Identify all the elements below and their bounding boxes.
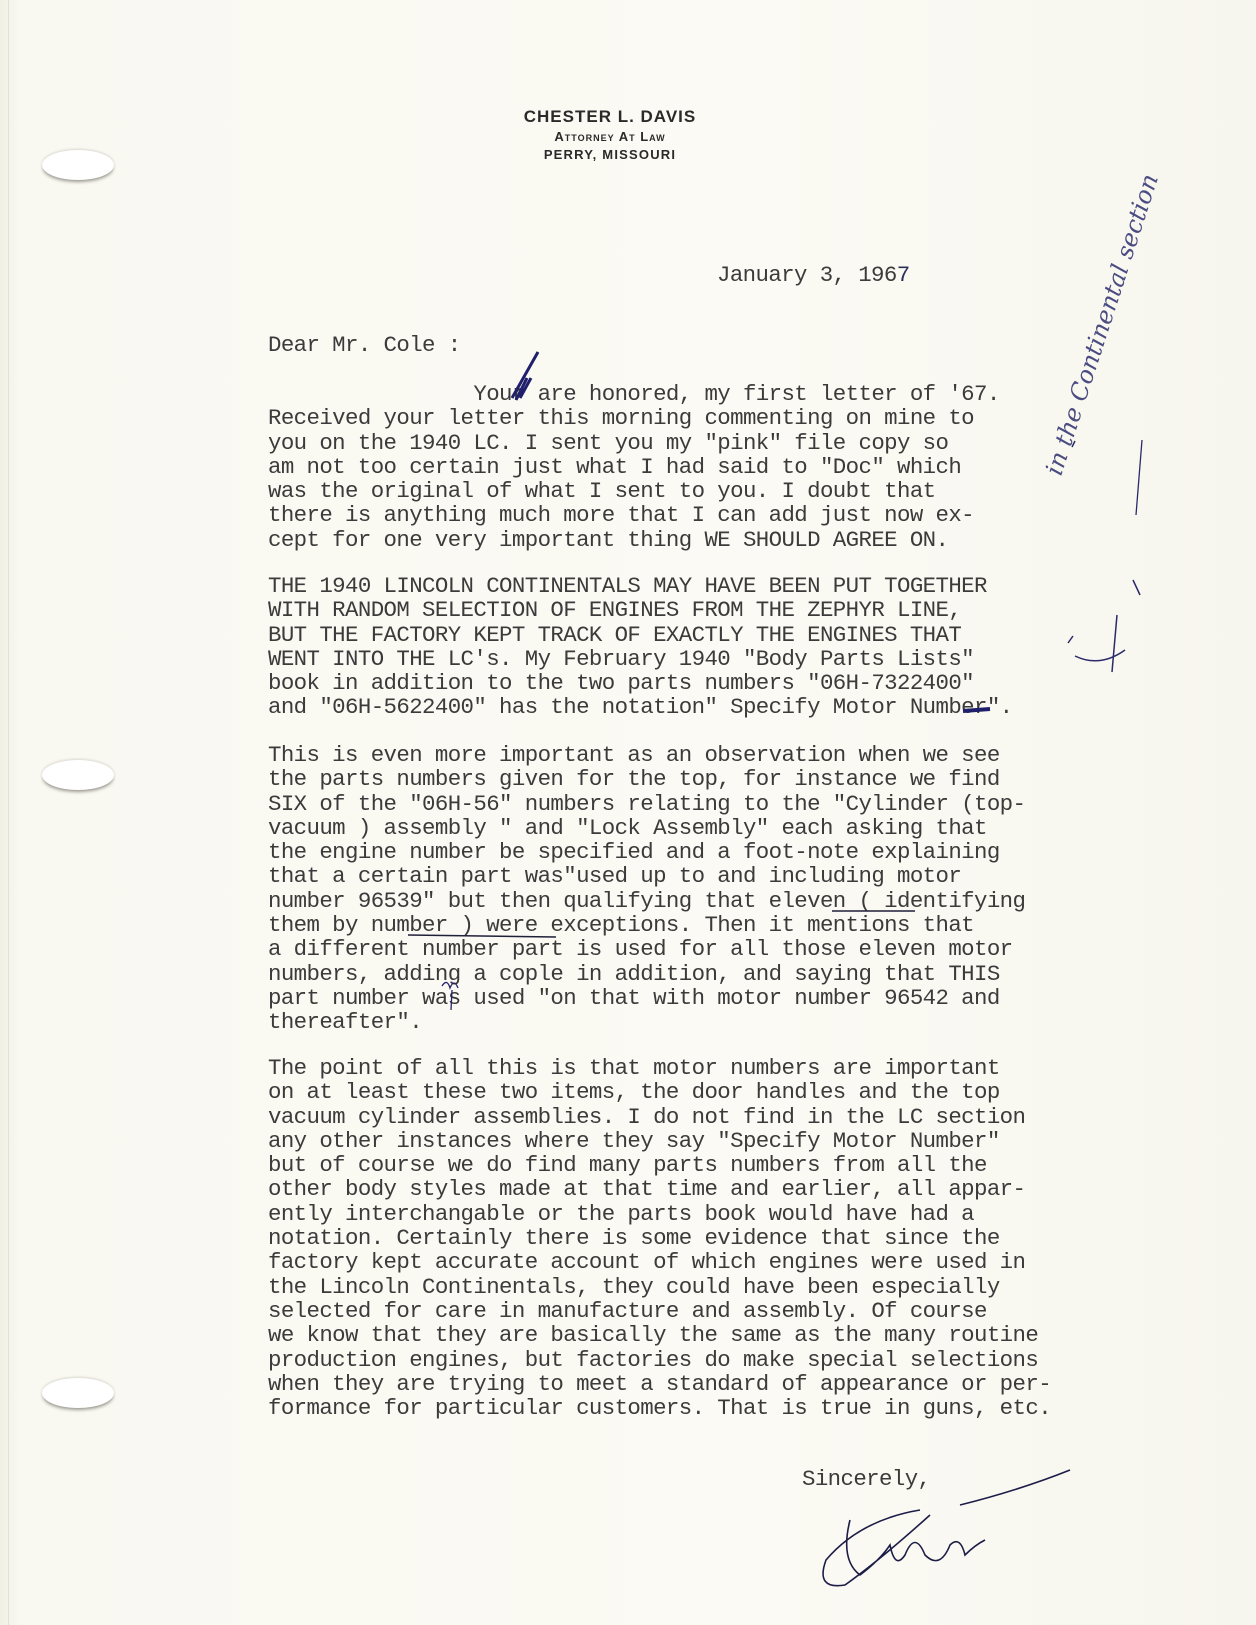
text-line: formance for particular customers. That … [268,1396,1051,1420]
date-text: January 3, 196 [717,262,897,288]
text-line: a different number part is used for all … [268,937,1025,961]
text-line: you on the 1940 LC. I sent you my "pink"… [268,431,1000,455]
letter-page: CHESTER L. DAVIS Attorney At Law PERRY, … [0,0,1256,1625]
text-line: BUT THE FACTORY KEPT TRACK OF EXACTLY TH… [268,623,1013,647]
text-line: the engine number be specified and a foo… [268,840,1025,864]
margin-bracket [1075,580,1140,672]
text-line: thereafter". [268,1010,1025,1034]
text-line: SIX of the "06H-56" numbers relating to … [268,792,1025,816]
text-line: factory kept accurate account of which e… [268,1250,1051,1274]
text-line: The point of all this is that motor numb… [268,1056,1051,1080]
margin-vertical [1136,440,1142,515]
text-line: and "06H-5622400" has the notation" Spec… [268,695,1013,719]
margin-note: in the Continental section [1040,171,1164,479]
text-line: when they are trying to meet a standard … [268,1372,1051,1396]
text-line: cept for one very important thing WE SHO… [268,528,1000,552]
text-line: part number was used "on that with motor… [268,986,1025,1010]
text-line: am not too certain just what I had said … [268,455,1000,479]
text-line: production engines, but factories do mak… [268,1348,1051,1372]
text-line: notation. Certainly there is some eviden… [268,1226,1051,1250]
text-line: ently interchangable or the parts book w… [268,1202,1051,1226]
text-line: selected for care in manufacture and ass… [268,1299,1051,1323]
text-line: THE 1940 LINCOLN CONTINENTALS MAY HAVE B… [268,574,1013,598]
punch-hole-middle [42,760,114,790]
letterhead: CHESTER L. DAVIS Attorney At Law PERRY, … [480,106,740,164]
text-line: the Lincoln Continentals, they could hav… [268,1275,1051,1299]
text-line: any other instances where they say "Spec… [268,1129,1051,1153]
text-line: them by number ) were exceptions. Then i… [268,913,1025,937]
paragraph-4: The point of all this is that motor numb… [268,1056,1051,1420]
text-line: we know that they are basically the same… [268,1323,1051,1347]
text-line: number 96539" but then qualifying that e… [268,889,1025,913]
text-line: that a certain part was"used up to and i… [268,864,1025,888]
text-line: other body styles made at that time and … [268,1177,1051,1201]
text-line: This is even more important as an observ… [268,743,1025,767]
text-line: on at least these two items, the door ha… [268,1080,1051,1104]
text-line: but of course we do find many parts numb… [268,1153,1051,1177]
paragraph-1: Your are honored, my first letter of '67… [268,382,1000,552]
page-edge [8,0,9,1625]
letterhead-title: Attorney At Law [480,128,740,146]
text-line: Received your letter this morning commen… [268,406,1000,430]
text-line: WENT INTO THE LC's. My February 1940 "Bo… [268,647,1013,671]
text-line: book in addition to the two parts number… [268,671,1013,695]
text-line: WITH RANDOM SELECTION OF ENGINES FROM TH… [268,598,1013,622]
margin-tick [1068,441,1075,643]
closing: Sincerely, [802,1466,930,1492]
text-line: vacuum ) assembly " and "Lock Assembly" … [268,816,1025,840]
text-line: was the original of what I sent to you. … [268,479,1000,503]
punch-hole-top [42,150,114,180]
text-line: Your are honored, my first letter of '67… [268,382,1000,406]
text-line: the parts numbers given for the top, for… [268,767,1025,791]
salutation: Dear Mr. Cole : [268,332,461,358]
punch-hole-bottom [42,1378,114,1408]
letter-date: January 3, 1967 [717,262,910,288]
date-corrected-digit: 7 [897,262,910,288]
paragraph-3: This is even more important as an observ… [268,743,1025,1035]
paragraph-2: THE 1940 LINCOLN CONTINENTALS MAY HAVE B… [268,574,1013,720]
letterhead-name: CHESTER L. DAVIS [480,106,740,128]
text-line: numbers, adding a cople in addition, and… [268,962,1025,986]
text-line: there is anything much more that I can a… [268,503,1000,527]
letterhead-location: PERRY, MISSOURI [480,146,740,164]
text-line: vacuum cylinder assemblies. I do not fin… [268,1105,1051,1129]
